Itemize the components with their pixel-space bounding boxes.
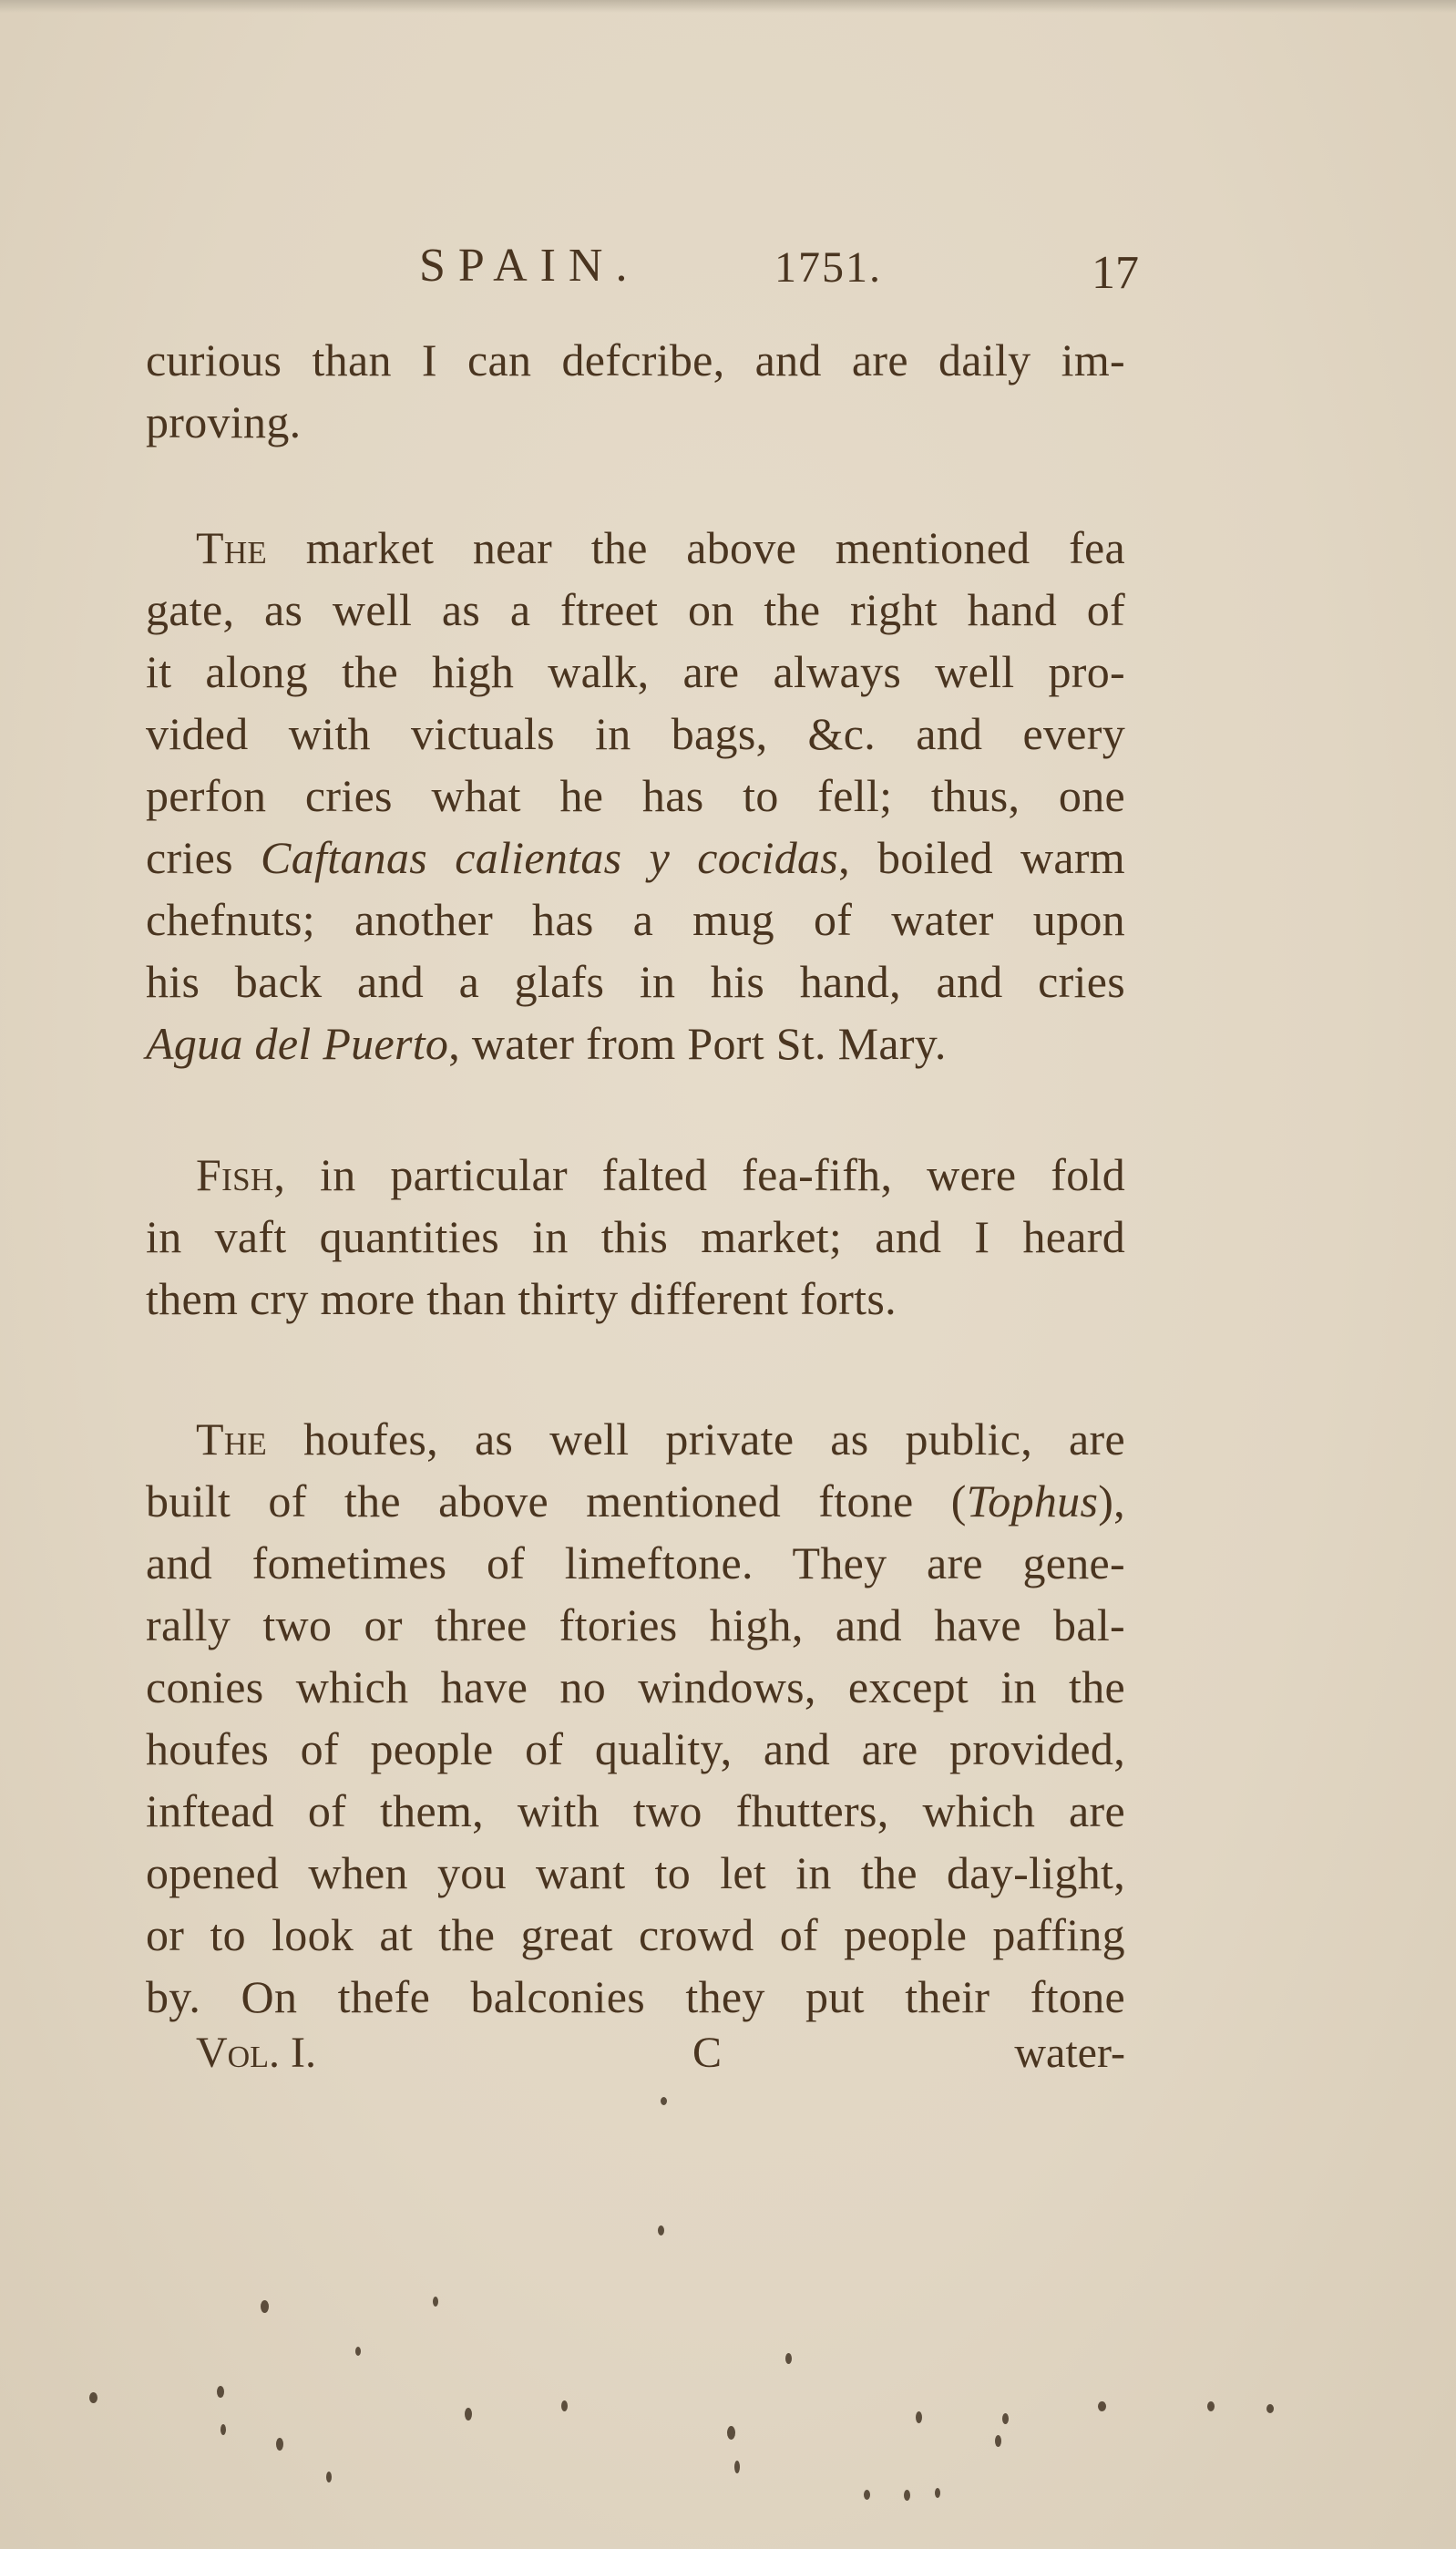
paper-speck xyxy=(326,2472,332,2482)
text-line: curious than I can defcribe, and are dai… xyxy=(146,330,1125,390)
page-number: 17 xyxy=(1092,246,1139,300)
paper-speck xyxy=(734,2461,740,2473)
paper-speck xyxy=(261,2300,269,2313)
paper-speck xyxy=(276,2438,283,2451)
text-line: gate, as well as a ftreet on the right h… xyxy=(146,580,1125,640)
text-line: in vaft quantities in this market; and I… xyxy=(146,1207,1125,1267)
paper-speck xyxy=(658,2225,664,2236)
text-line: houfes of people of quality, and are pro… xyxy=(146,1719,1125,1779)
text-line: The houfes, as well private as public, a… xyxy=(146,1409,1125,1469)
text-line: The market near the above mentioned fea xyxy=(146,518,1125,578)
paper-speck xyxy=(561,2400,568,2411)
paper-speck xyxy=(916,2411,922,2423)
text-line: cries Caftanas calientas y cocidas, boil… xyxy=(146,827,1125,888)
text-line: or to look at the great crowd of people … xyxy=(146,1905,1125,1965)
paper-speck xyxy=(661,2097,667,2105)
text-line: conies which have no windows, except in … xyxy=(146,1657,1125,1717)
text-line: rally two or three ftories high, and hav… xyxy=(146,1595,1125,1655)
text-line: them cry more than thirty different fort… xyxy=(146,1269,1125,1329)
paper-speck xyxy=(727,2426,735,2440)
paper-speck xyxy=(1266,2404,1274,2413)
paper-speck xyxy=(904,2490,910,2501)
text-line: inftead of them, with two fhutters, whic… xyxy=(146,1781,1125,1841)
volume-marker: Vol. I. xyxy=(196,2028,316,2078)
paper-speck xyxy=(465,2408,472,2421)
paper-speck xyxy=(1098,2401,1106,2411)
book-page: SPAIN. 1751. 17 curious than I can defcr… xyxy=(0,0,1456,2549)
text-line: his back and a glafs in his hand, and cr… xyxy=(146,951,1125,1012)
text-line: vided with victuals in bags, &c. and eve… xyxy=(146,704,1125,764)
italic-phrase: Tophus xyxy=(967,1475,1098,1526)
paragraph-lead: The xyxy=(196,1413,267,1465)
paper-speck xyxy=(1002,2413,1009,2424)
text-line: opened when you want to let in the day-l… xyxy=(146,1843,1125,1903)
paper-speck xyxy=(1207,2401,1215,2411)
signature-mark: C xyxy=(692,2028,722,2078)
italic-phrase: Caftanas calientas y cocidas xyxy=(261,832,838,883)
text-line: it along the high walk, are always well … xyxy=(146,642,1125,702)
text-line: Agua del Puerto, water from Port St. Mar… xyxy=(146,1013,1125,1074)
paper-speck xyxy=(935,2488,940,2498)
catchword: water- xyxy=(1014,2028,1125,2078)
paper-speck xyxy=(995,2435,1001,2447)
paper-speck xyxy=(785,2353,792,2364)
paper-speck xyxy=(433,2297,438,2307)
paper-speck xyxy=(217,2386,224,2398)
paragraph-lead: The xyxy=(196,522,267,573)
running-header: SPAIN. 1751. 17 xyxy=(146,239,1139,303)
paper-speck xyxy=(220,2424,226,2435)
page-footer: Vol. I. C water- xyxy=(146,2028,1125,2088)
text-line: chefnuts; another has a mug of water upo… xyxy=(146,889,1125,950)
running-year: 1751. xyxy=(774,242,882,293)
paper-speck xyxy=(355,2347,361,2356)
text-line: perfon cries what he has to fell; thus, … xyxy=(146,766,1125,826)
paper-speck xyxy=(89,2392,97,2403)
text-line: by. On thefe balconies they put their ft… xyxy=(146,1967,1125,2027)
paper-speck xyxy=(864,2490,870,2500)
running-title: SPAIN. xyxy=(419,239,641,293)
text-line: built of the above mentioned ftone (Toph… xyxy=(146,1471,1125,1531)
paragraph-lead: Fish xyxy=(196,1149,273,1200)
italic-phrase: Agua del Puerto xyxy=(146,1018,448,1069)
text-line: and fometimes of limeftone. They are gen… xyxy=(146,1533,1125,1593)
text-line: proving. xyxy=(146,392,1125,452)
text-line: Fish, in particular falted fea-fifh, wer… xyxy=(146,1145,1125,1205)
